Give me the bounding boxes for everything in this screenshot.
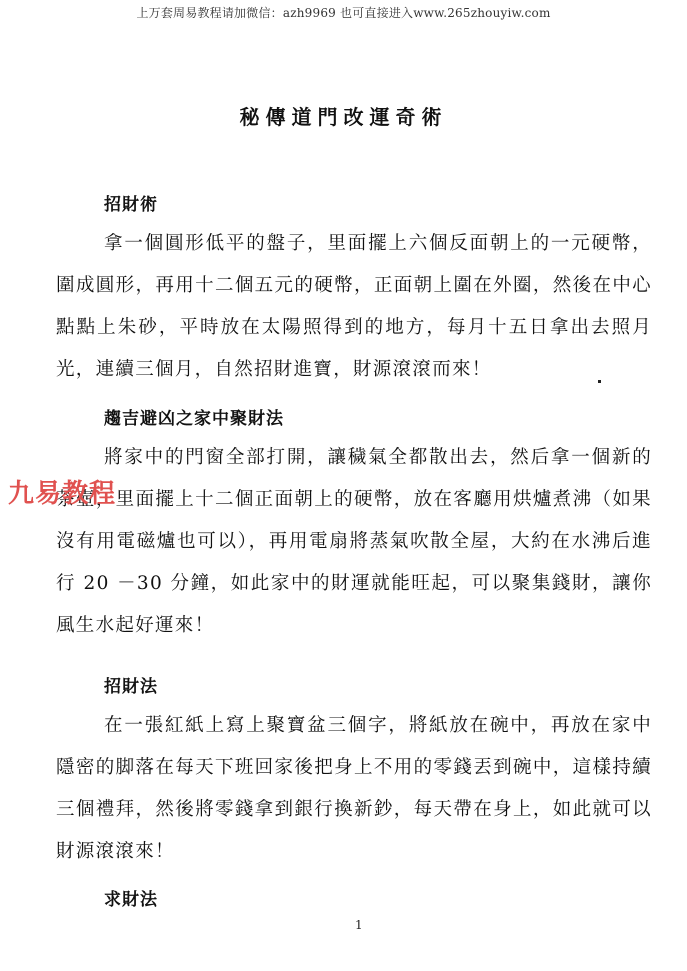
document-title: 秘傳道門改運奇術 <box>0 101 687 130</box>
section-heading-qiucaifa: 求財法 <box>104 885 158 910</box>
section-heading-juicaifa: 趨吉避凶之家中聚財法 <box>104 404 284 429</box>
stray-dot <box>598 380 601 383</box>
page-number: 1 <box>355 918 363 932</box>
section-body-juicaifa: 將家中的門窗全部打開，讓穢氣全都散出去，然后拿一個新的茶壺，里面擺上十二個正面朝… <box>56 437 652 647</box>
promo-header-text: 上万套周易教程请加微信：azh9969 也可直接进入www.265zhouyiw… <box>0 4 687 21</box>
watermark-logo: 九易教程 <box>8 473 116 510</box>
section-body-zhaocaishu: 拿一個圓形低平的盤子，里面擺上六個反面朝上的一元硬幣，圍成圓形，再用十二個五元的… <box>56 223 652 391</box>
section-heading-zhaocaishu: 招財術 <box>104 190 158 215</box>
section-body-zhaocaifa: 在一張紅紙上寫上聚寶盆三個字，將紙放在碗中，再放在家中隱密的脚落在每天下班回家後… <box>56 705 652 873</box>
section-heading-zhaocaifa: 招財法 <box>104 672 158 697</box>
